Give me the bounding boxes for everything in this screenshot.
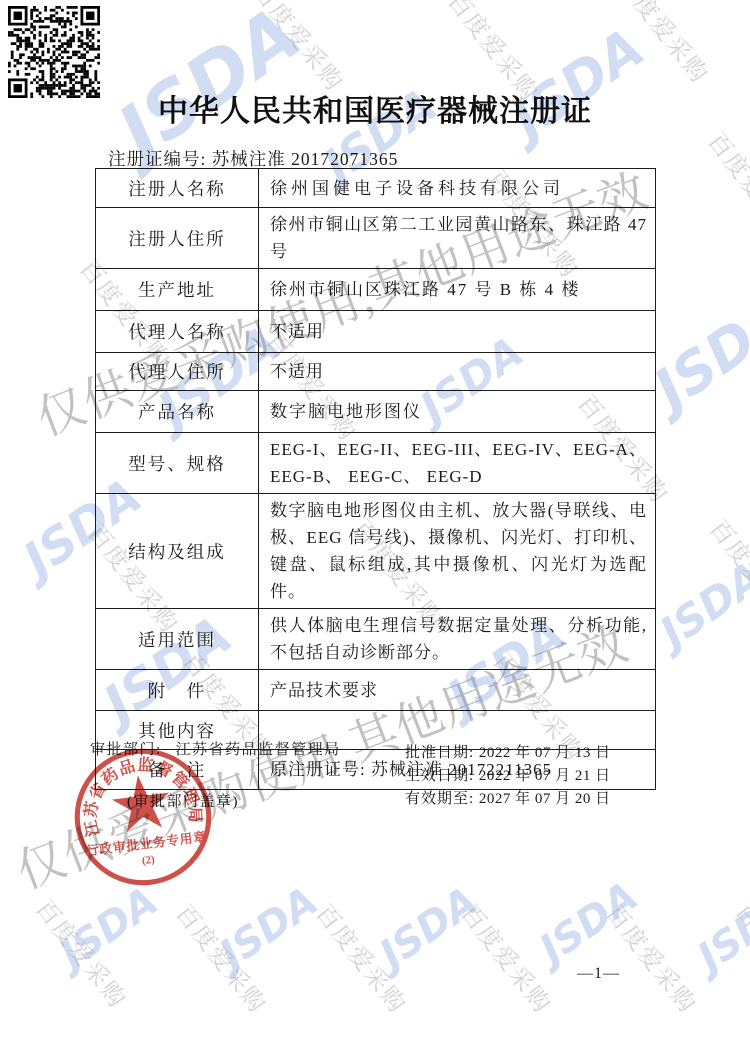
jsda-logo-watermark: JSDA xyxy=(372,878,487,978)
jsda-logo-watermark: JSDA xyxy=(500,16,655,151)
row-value: 徐州国健电子设备科技有限公司 xyxy=(259,169,656,208)
effective-date-label: 生效日期: xyxy=(405,768,474,784)
row-value: 产品技术要求 xyxy=(259,670,656,711)
row-label: 生产地址 xyxy=(96,269,259,311)
row-label: 产品名称 xyxy=(96,391,259,433)
approval-date-label: 批准日期: xyxy=(405,745,474,761)
baidu-text-watermark: 百度爱采购 xyxy=(729,894,750,1018)
baidu-text-watermark: 百度爱采购 xyxy=(703,511,750,635)
row-label: 代理人住所 xyxy=(96,353,259,391)
official-seal-stamp: 江苏省药品监督管理局 行政审批业务专用章 (2) xyxy=(62,736,225,899)
dates-block: 批准日期: 2022 年 07 月 13 日 生效日期: 2022 年 07 月… xyxy=(405,742,611,811)
row-label: 附 件 xyxy=(96,670,259,711)
table-row: 适用范围供人体脑电生理信号数据定量处理、分析功能,不包括自动诊断部分。 xyxy=(96,609,656,670)
baidu-text-watermark: 百度爱采购 xyxy=(599,896,707,1020)
baidu-text-watermark: 百度爱采购 xyxy=(246,0,354,97)
row-value: 不适用 xyxy=(259,311,656,353)
table-row: 型号、规格EEG-I、EEG-II、EEG-III、EEG-IV、EEG-A、 … xyxy=(96,433,656,494)
jsda-logo-watermark: JSDA xyxy=(643,283,750,423)
baidu-text-watermark: 百度爱采购 xyxy=(611,0,719,89)
row-label: 注册人名称 xyxy=(96,169,259,208)
qr-code-icon xyxy=(8,6,100,98)
jsda-logo-watermark: JSDA xyxy=(651,552,750,657)
certificate-table: 注册人名称徐州国健电子设备科技有限公司 注册人住所徐州市铜山区第二工业园黄山路东… xyxy=(95,168,656,790)
row-label: 注册人住所 xyxy=(96,208,259,269)
effective-date-value: 2022 年 07 月 21 日 xyxy=(479,768,611,784)
certificate-page: 中华人民共和国医疗器械注册证 注册证编号: 苏械注准 20172071365 注… xyxy=(0,0,750,1061)
table-row: 注册人名称徐州国健电子设备科技有限公司 xyxy=(96,169,656,208)
table-row: 代理人名称不适用 xyxy=(96,311,656,353)
table-row: 代理人住所不适用 xyxy=(96,353,656,391)
row-value: 数字脑电地形图仪 xyxy=(259,391,656,433)
row-value: 不适用 xyxy=(259,353,656,391)
table-row: 附 件产品技术要求 xyxy=(96,670,656,711)
page-title: 中华人民共和国医疗器械注册证 xyxy=(0,86,750,130)
stamp-number: (2) xyxy=(141,854,155,868)
baidu-text-watermark: 百度爱采购 xyxy=(169,896,277,1020)
baidu-text-watermark: 百度爱采购 xyxy=(309,896,417,1020)
jsda-logo-watermark: JSDA xyxy=(212,878,327,978)
table-row: 注册人住所徐州市铜山区第二工业园黄山路东、珠江路 47 号 xyxy=(96,208,656,269)
baidu-text-watermark: 百度爱采购 xyxy=(29,891,137,1015)
expiry-date-value: 2027 年 07 月 20 日 xyxy=(479,791,611,807)
approval-date-value: 2022 年 07 月 13 日 xyxy=(479,745,611,761)
jsda-logo-watermark: JSDA xyxy=(532,873,647,973)
expiry-date-line: 有效期至: 2027 年 07 月 20 日 xyxy=(405,788,611,811)
row-value: 徐州市铜山区第二工业园黄山路东、珠江路 47 号 xyxy=(259,208,656,269)
row-label: 适用范围 xyxy=(96,609,259,670)
row-value: 供人体脑电生理信号数据定量处理、分析功能,不包括自动诊断部分。 xyxy=(259,609,656,670)
row-label: 型号、规格 xyxy=(96,433,259,494)
row-value: 数字脑电地形图仪由主机、放大器(导联线、电极、EEG 信号线)、摄像机、闪光灯、… xyxy=(259,494,656,609)
effective-date-line: 生效日期: 2022 年 07 月 21 日 xyxy=(405,765,611,788)
row-label: 结构及组成 xyxy=(96,494,259,609)
baidu-text-watermark: 百度爱采购 xyxy=(701,124,750,248)
row-value: EEG-I、EEG-II、EEG-III、EEG-IV、EEG-A、 EEG-B… xyxy=(259,433,656,494)
table-row: 产品名称数字脑电地形图仪 xyxy=(96,391,656,433)
page-number: —1— xyxy=(577,965,620,983)
table-row: 结构及组成数字脑电地形图仪由主机、放大器(导联线、电极、EEG 信号线)、摄像机… xyxy=(96,494,656,609)
row-label: 代理人名称 xyxy=(96,311,259,353)
approval-date-line: 批准日期: 2022 年 07 月 13 日 xyxy=(405,742,611,765)
table-row: 生产地址徐州市铜山区珠江路 47 号 B 栋 4 楼 xyxy=(96,269,656,311)
row-value: 徐州市铜山区珠江路 47 号 B 栋 4 楼 xyxy=(259,269,656,311)
jsda-logo-watermark: JSDA xyxy=(690,881,750,981)
expiry-date-label: 有效期至: xyxy=(405,791,474,807)
baidu-text-watermark: 百度爱采购 xyxy=(454,896,562,1020)
